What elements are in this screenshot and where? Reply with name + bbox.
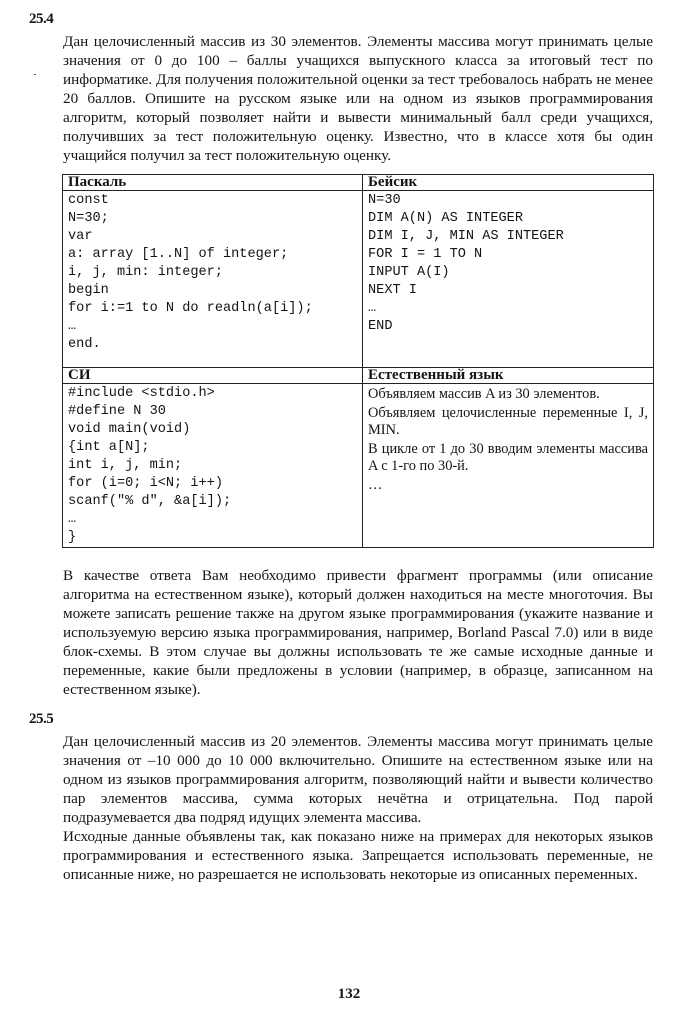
natural-language-line: Объявляем целочисленные переменные I, J,… xyxy=(368,405,648,440)
task-25-4-statement: Дан целочисленный массив из 30 элементов… xyxy=(63,32,653,165)
pascal-code-cell: const N=30; var a: array [1..N] of integ… xyxy=(63,191,363,368)
natural-language-line: … xyxy=(368,477,648,495)
c-header: СИ xyxy=(63,368,363,384)
task-25-4-answer-note: В качестве ответа Вам необходимо привест… xyxy=(63,566,653,699)
basic-header: Бейсик xyxy=(363,175,654,191)
task-25-5-statement-text: Дан целочисленный массив из 20 элементов… xyxy=(63,732,653,827)
c-code: #include <stdio.h> #define N 30 void mai… xyxy=(68,384,362,547)
c-code-cell: #include <stdio.h> #define N 30 void mai… xyxy=(63,384,363,548)
task-25-4-statement-text: Дан целочисленный массив из 30 элементов… xyxy=(63,32,653,165)
natural-language-line: В цикле от 1 до 30 вводим элементы масси… xyxy=(368,441,648,476)
natural-language-line: Объявляем массив A из 30 элементов. xyxy=(368,386,648,404)
task-25-5-number: 25.5 xyxy=(29,711,53,728)
basic-code: N=30 DIM A(N) AS INTEGER DIM I, J, MIN A… xyxy=(368,191,653,336)
answer-note-text: В качестве ответа Вам необходимо привест… xyxy=(63,566,653,699)
pascal-header: Паскаль xyxy=(63,175,363,191)
task-25-4-number: 25.4 xyxy=(29,11,53,28)
page-number: 132 xyxy=(0,986,698,1003)
scan-speck xyxy=(34,74,36,75)
basic-code-cell: N=30 DIM A(N) AS INTEGER DIM I, J, MIN A… xyxy=(363,191,654,368)
task-25-5-note-text: Исходные данные объявлены так, как показ… xyxy=(63,827,653,884)
code-samples-table: Паскаль Бейсик const N=30; var a: array … xyxy=(62,174,654,548)
natural-language-cell: Объявляем массив A из 30 элементов.Объяв… xyxy=(363,384,654,548)
task-25-5-statement: Дан целочисленный массив из 20 элементов… xyxy=(63,732,653,827)
pascal-code: const N=30; var a: array [1..N] of integ… xyxy=(68,191,362,354)
task-25-5-note: Исходные данные объявлены так, как показ… xyxy=(63,827,653,884)
natural-header: Естественный язык xyxy=(363,368,654,384)
natural-language-text: Объявляем массив A из 30 элементов.Объяв… xyxy=(368,384,653,494)
